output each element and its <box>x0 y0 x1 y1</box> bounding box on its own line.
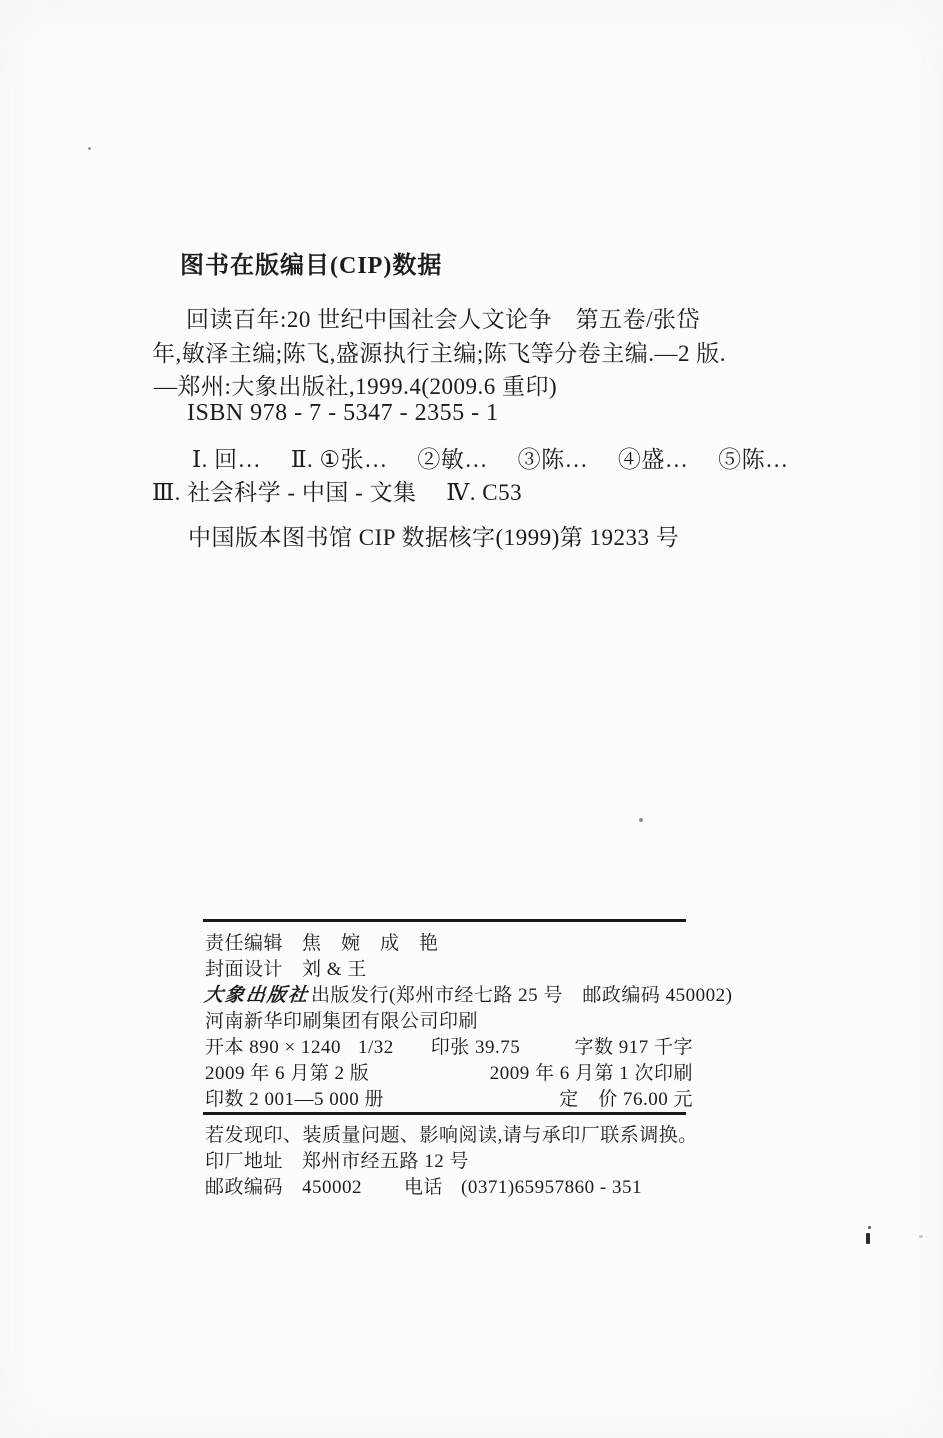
edition-left: 2009 年 6 月第 2 版 <box>205 1062 369 1086</box>
cip-registry-line: 中国版本图书馆 CIP 数据核字(1999)第 19233 号 <box>188 524 679 553</box>
format-row: 开本 890 × 1240 1/32 印张 39.75 字数 917 千字 <box>205 1036 693 1060</box>
cip-heading: 图书在版编目(CIP)数据 <box>180 251 442 281</box>
publisher-logo: 大象出版社 <box>203 984 311 1008</box>
postcode-phone-row: 邮政编码 450002 电话 (0371)65957860 - 351 <box>205 1176 642 1200</box>
scan-speck <box>88 147 91 150</box>
format-word-count: 字数 917 千字 <box>574 1036 693 1060</box>
responsible-editor-names: 焦 婉 成 艳 <box>302 932 439 956</box>
cip-classification-line-1: Ⅰ. 回… Ⅱ. ①张… ②敏… ③陈… ④盛… ⑤陈… <box>192 446 789 475</box>
format-size: 开本 890 × 1240 <box>205 1036 341 1060</box>
edition-right: 2009 年 6 月第 1 次印刷 <box>490 1062 693 1086</box>
printer-address-label: 印厂地址 <box>205 1150 283 1174</box>
cip-record-editors-line: 年,敏泽主编;陈飞,盛源执行主编;陈飞等分卷主编.—2 版. <box>152 340 726 369</box>
printer-address-row: 印厂地址 郑州市经五路 12 号 <box>205 1150 469 1174</box>
format-fraction: 1/32 <box>358 1036 394 1060</box>
scan-speck <box>639 818 643 822</box>
publisher-address: 出版发行(郑州市经七路 25 号 邮政编码 450002) <box>311 984 732 1008</box>
phone-value: (0371)65957860 - 351 <box>461 1176 642 1200</box>
print-run-row: 印数 2 001—5 000 册 定 价 76.00 元 <box>205 1088 693 1112</box>
scan-speck <box>868 1226 871 1229</box>
cover-design-label: 封面设计 <box>205 958 283 982</box>
quality-notice-line: 若发现印、装质量问题、影响阅读,请与承印厂联系调换。 <box>205 1124 698 1148</box>
cover-design-row: 封面设计 刘 & 王 <box>205 958 367 982</box>
responsible-editor-label: 责任编辑 <box>205 932 283 956</box>
price-right: 定 价 76.00 元 <box>559 1088 693 1112</box>
printer-line: 河南新华印刷集团有限公司印刷 <box>205 1010 478 1034</box>
edition-row: 2009 年 6 月第 2 版 2009 年 6 月第 1 次印刷 <box>205 1062 693 1086</box>
scan-dash-mark <box>866 1233 870 1244</box>
cover-design-names: 刘 & 王 <box>302 958 367 982</box>
postcode-label: 邮政编码 <box>205 1176 283 1200</box>
isbn-line: ISBN 978 - 7 - 5347 - 2355 - 1 <box>187 398 499 428</box>
responsible-editor-row: 责任编辑 焦 婉 成 艳 <box>205 932 439 956</box>
cip-classification-line-2: Ⅲ. 社会科学 - 中国 - 文集 Ⅳ. C53 <box>152 479 522 508</box>
format-sheets: 印张 39.75 <box>431 1036 521 1060</box>
scan-speck <box>919 1235 923 1238</box>
publisher-row: 大象出版社 出版发行(郑州市经七路 25 号 邮政编码 450002) <box>204 984 732 1008</box>
postcode-value: 450002 <box>302 1176 362 1200</box>
phone-label: 电话 <box>404 1176 443 1200</box>
colophon-bottom-rule <box>203 1112 686 1115</box>
cip-record-title-line: 回读百年:20 世纪中国社会人文论争 第五卷/张岱 <box>186 306 700 335</box>
colophon-top-rule <box>203 919 686 922</box>
print-run-left: 印数 2 001—5 000 册 <box>205 1088 384 1112</box>
book-copyright-page: 图书在版编目(CIP)数据 回读百年:20 世纪中国社会人文论争 第五卷/张岱 … <box>0 0 943 1438</box>
printer-address-value: 郑州市经五路 12 号 <box>302 1150 469 1174</box>
